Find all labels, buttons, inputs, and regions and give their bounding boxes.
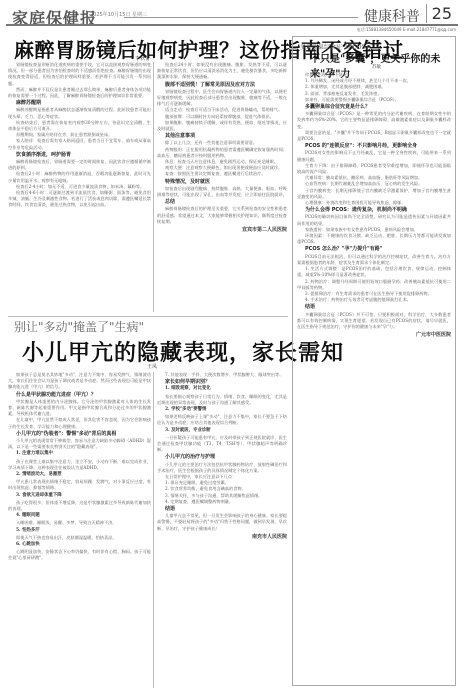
paragraph: 胃肠镜检查是诊断消化道疾病的重要手段，它可以直接观察胃肠道的病变情况。但一部分患… [8,62,151,87]
paragraph: 如检查后出现剧烈腹痛、持续腹胀、高热、大量便血、呕血、呼吸困难等症状，可能出现了… [157,186,287,198]
paragraph: 小儿甲亢的主要治疗方法包括抗甲状腺药物治疗、放射性碘治疗和手术治疗，医生会根据孩… [157,462,287,474]
numbered-heading: 1. 注意力难以集中 [8,451,151,457]
subheading: 特殊情况，及时就医 [157,179,287,185]
masthead-divider [124,17,358,18]
paragraph: 家人陪伴：检查后需有家人陪同返回，患者当日不宜驾车、骑车或从事高空作业等危险活动… [8,138,151,150]
column-divider [153,372,154,688]
subheading: 结语 [157,506,287,512]
article2-author: 王凤 [147,363,157,370]
paragraph: 适当走动：检查后可适当下床活动，促进胃肠蠕动，帮助排气。 [157,107,287,113]
paragraph: PCOS的确切病因目前尚不完全清楚，研究认为可能是遗传因素与环境因素共同作用的结… [297,214,451,226]
subheading: 总结 [157,199,287,205]
paragraph: PCOS对女性的影响远不止月经紊乱，它是一种全身性疾病，可能带来一系列健康问题。 [297,150,451,162]
subheading: 小儿甲亢的治疗与护理 [157,454,287,460]
column-divider [153,62,154,312]
subheading: 多囊卵巢综合征究竟是什么？ [297,104,451,110]
paragraph: 生育力下降：由于排卵障碍，PCOS患者受孕难度增加，即使怀孕也可能面临较高的流产… [297,163,451,175]
article2-column-2: 7. 其他表现：手抖、大便次数增多、甲状腺肿大、眼球突出等。 家长如何早期识别？… [157,372,287,690]
numbered-heading: 3. 及时就医，专业诊断 [157,428,287,434]
numbered-heading: 3. 食欲亢进却体重下降 [8,493,151,499]
numbered-heading: 5. 怕热多汗 [8,528,151,534]
paragraph: 如果腹胀、腹痛持续不缓解，或伴有发热、便血、呕吐等情况，应及时就医。 [157,120,287,132]
paragraph: 多囊卵巢综合征（PCOS）是一种常见的内分泌代谢疾病，在育龄期女性中的发病率约为… [297,111,451,130]
paragraph: 复查：按照医生建议定期复查，遵医嘱进行后续治疗。 [157,171,287,177]
paragraph: 药物服用：正在服用抗凝药物的患者需遵医嘱确定恢复服药时间；高血压、糖尿病患者应按… [157,147,287,159]
subheading: 腹部不适别慌！了解常见原因及应对方法 [157,82,287,88]
article1-author: 李秋蕾 [135,55,150,62]
article2-column-1: 如果孩子总是莫名其妙地"多动"，注意力不集中、容易发脾气、情绪波动大，家长们往往… [8,372,151,688]
paragraph: 检查后4-6小时：可逐渐过渡到半流质饮食，如稀粥、面条等，避免食用辛辣、油腻、生… [8,190,151,209]
masthead-rule [6,24,458,26]
numbered-heading: 1. 细致观察，对比变化 [157,386,287,392]
numbered-heading: 4. 睡眠问题 [8,513,151,519]
subheading: 什么是甲状腺功能亢进症（甲亢）？ [8,392,151,398]
paragraph: 麻醉胃肠镜检查后，胃肠道需要一定的时间恢复，因此饮食应遵循循序渐进的原则。 [8,159,151,171]
paragraph: 检查后24小时：如果没有出现腹痛、腹胀、发热等不适，可以逐渐恢复正常饮食，但仍应… [157,62,287,81]
paragraph: 孩子吃得很多，但体重不增反降，这是甲状腺激素过多导致新陈代谢加快的表现。 [8,500,151,512]
paragraph: 小儿甲亢的表现常常不够典型，容易与注意力缺陷多动障碍（ADHD）混淆，以下是一些… [8,438,151,450]
article1-column-2: 检查后24小时：如果没有出现腹痛、腹胀、发热等不适，可以逐渐恢复正常饮食，但仍应… [157,62,287,314]
paragraph: PCOS目前无法根治，但可以通过科学的治疗控制症状，改善生育力。治疗方案需根据患… [297,254,451,266]
paragraph: 甲状腺是人体重要的内分泌腺体，它分泌的甲状腺激素对人体的生长发育、新陈代谢等起着… [8,399,151,418]
paragraph: 如果孩子总是莫名其妙地"多动"，注意力不集中、容易发脾气、情绪波动大，家长们往往… [8,372,151,391]
subheading: 结语 [297,304,451,310]
paragraph: 然而，麻醉并不仅仅是让患者睡过去那么简单，麻醉后患者身体各项功能的恢复需要一个过… [8,87,151,99]
paragraph: 家长要细心观察孩子日常行为、情绪、饮食、睡眠的变化，尤其是近期出现的异常表现，及… [157,394,287,406]
numbered-heading: 6. 心跳加快 [8,542,151,548]
article1-source: 宜宾市第二人民医院 [157,227,287,233]
paragraph: 子宫内膜病变：长期无排卵使子宫内膜缺乏孕激素保护，增加子宫内膜增生甚至癌变的风险… [297,188,451,200]
section-title: 健康科普 [364,6,420,26]
paragraph: 孩子在课堂上难以集中注意力，坐立不安，小动作不断，难以完成作业，学习成绩下降。这… [8,459,151,471]
paragraph: 心理健康：外貌改变和生育困扰可能导致焦虑、抑郁。 [297,200,451,206]
masthead: 家庭保健报 2025年10月15日 星期三 健康科普 25 [6,4,458,24]
paragraph: 腹部按摩：可以顺时针方向轻柔按摩腹部，促进气体排出。 [157,114,287,120]
paragraph: 如果老师反映孩子上课"多动"、注意力不集中，家长不要急于下结论认为是多动症，应结… [157,414,287,426]
paragraph: 1. 生活方式调整：是PCOS治疗的基础，包括合理饮食、规律运动、控制体重，减重… [297,266,451,278]
subheading: 家长如何早期识别？ [157,379,287,385]
paragraph: 多囊卵巢综合征（PCOS）并不可怕，只要积极面对，科学治疗，大多数患者都可以有效… [297,312,451,331]
article-divider [8,316,288,317]
paragraph: 环境因素：不健康的饮食习惯、缺乏运动、肥胖、长期压力等都可能诱发或加重PCOS。 [297,233,451,245]
paragraph: 在儿童中，甲亢虽然不如成人常见，但其危害不容忽视，因为它会影响孩子的生长发育、学… [8,417,151,429]
page-number: 25 [426,4,452,23]
subheading: 饮食循序渐进，呵护肠胃 [8,152,151,158]
numbered-heading: 2. 情绪波动大，易激惹 [8,472,151,478]
article3-author: 苏敏 [372,64,381,70]
paragraph: 4. 定期复查，遵医嘱调整药物剂量。 [157,499,287,505]
paragraph: 4. 手术治疗：药物治疗无效者可考虑腹腔镜卵巢打孔术。 [297,297,451,303]
paragraph: 一旦怀疑孩子可能患有甲亢，应及时带孩子到正规医院就诊，医生会通过检查甲状腺功能（… [157,435,287,454]
article3-body: 你是否出现过以下情况？ 1. 月经稀发、闭经或月经不规律，甚至几个月不来一次。 … [297,72,451,682]
paragraph: 检查后2小时：麻醉药物的作用逐渐消退，吞咽功能逐渐恢复，此时可先少量饮用温开水，… [8,171,151,183]
subheading: 为什么会得 PCOS：遗传复杂，机制尚不明确 [297,207,451,213]
paragraph: 麻醉苏醒期是指患者从麻醉状态逐渐恢复清醒的过程。此阶段患者可能出现头晕、乏力、恶… [8,107,151,119]
subheading: 其他注意事项 [157,133,287,139]
paragraph: 2. 药物治疗：调整月经周期可使用短效口服避孕药；改善胰岛素抵抗可使用二甲双胍等… [297,279,451,291]
subheading: 麻醉苏醒期 [8,100,151,106]
paragraph: 心跳明显加快，安静状态下心率仍偏快，有时伴有心慌、胸闷。孩子可能会说"心里砰砰跳… [8,549,151,561]
contact-info: 电话:15881384650049 E-mail:21847771@qq.com [357,27,456,33]
article3-source: 广元市中医医院 [297,332,451,338]
article2-kicker: 别让"多动"掩盖了"生病" [14,318,144,335]
paragraph: 如果有，可能需要警惕多囊卵巢综合征（PCOS）。 [297,97,451,103]
paragraph: 麻醉胃肠镜检查后的护理至关重要，它关系到检查的安全性和患者的舒适感。希望通过本文… [157,206,287,225]
paragraph: 甲亢患儿常表现出情绪不稳定，容易烦躁、发脾气，对小事反应过度，有时出现焦虑、抑郁… [8,479,151,491]
paragraph: 即使天气不热也容易出汗，皮肤潮湿温暖，怕热喜凉。 [8,535,151,541]
subheading: PCOS 怎么治？"孕"力提升"有路" [297,246,451,252]
paragraph: 检查结束后，患者需在恢复室内观察30分钟左右，待意识完全清醒、生命体征平稳后方可… [8,120,151,132]
subheading: 小儿甲亢的"伪装者"：警惕"多动"背后的真相 [8,431,151,437]
subheading: PCOS 的"连锁反应"：不只影响月经，更影响全身 [297,143,451,149]
numbered-heading: 2. 学校"多动"要警惕 [157,407,287,413]
article2-source: 南充市人民医院 [157,534,287,540]
article1-column-1: 胃肠镜检查是诊断消化道疾病的重要手段，它可以直接观察胃肠道的病变情况。但一部分患… [8,62,151,312]
paragraph: 7. 其他表现：手抖、大便次数增多、甲状腺肿大、眼球突出等。 [157,372,287,378]
paragraph: 儿童甲亢虽不常见，但一旦发生会影响孩子的身心健康。家长要提高警惕，不要轻易将孩子… [157,513,287,532]
paragraph: 入睡困难、睡眠浅、易醒、多梦，导致白天精神不济。 [8,520,151,526]
paragraph: 胃肠镜检查过程中，医生会向胃肠道内注入一定量的气体，以便更好地观察病变，因此检查… [157,89,287,108]
paragraph: 需要注意的是，"多囊"并不等同于PCOS，B超显示卵巢多囊样改变也不一定就是PC… [297,130,451,142]
